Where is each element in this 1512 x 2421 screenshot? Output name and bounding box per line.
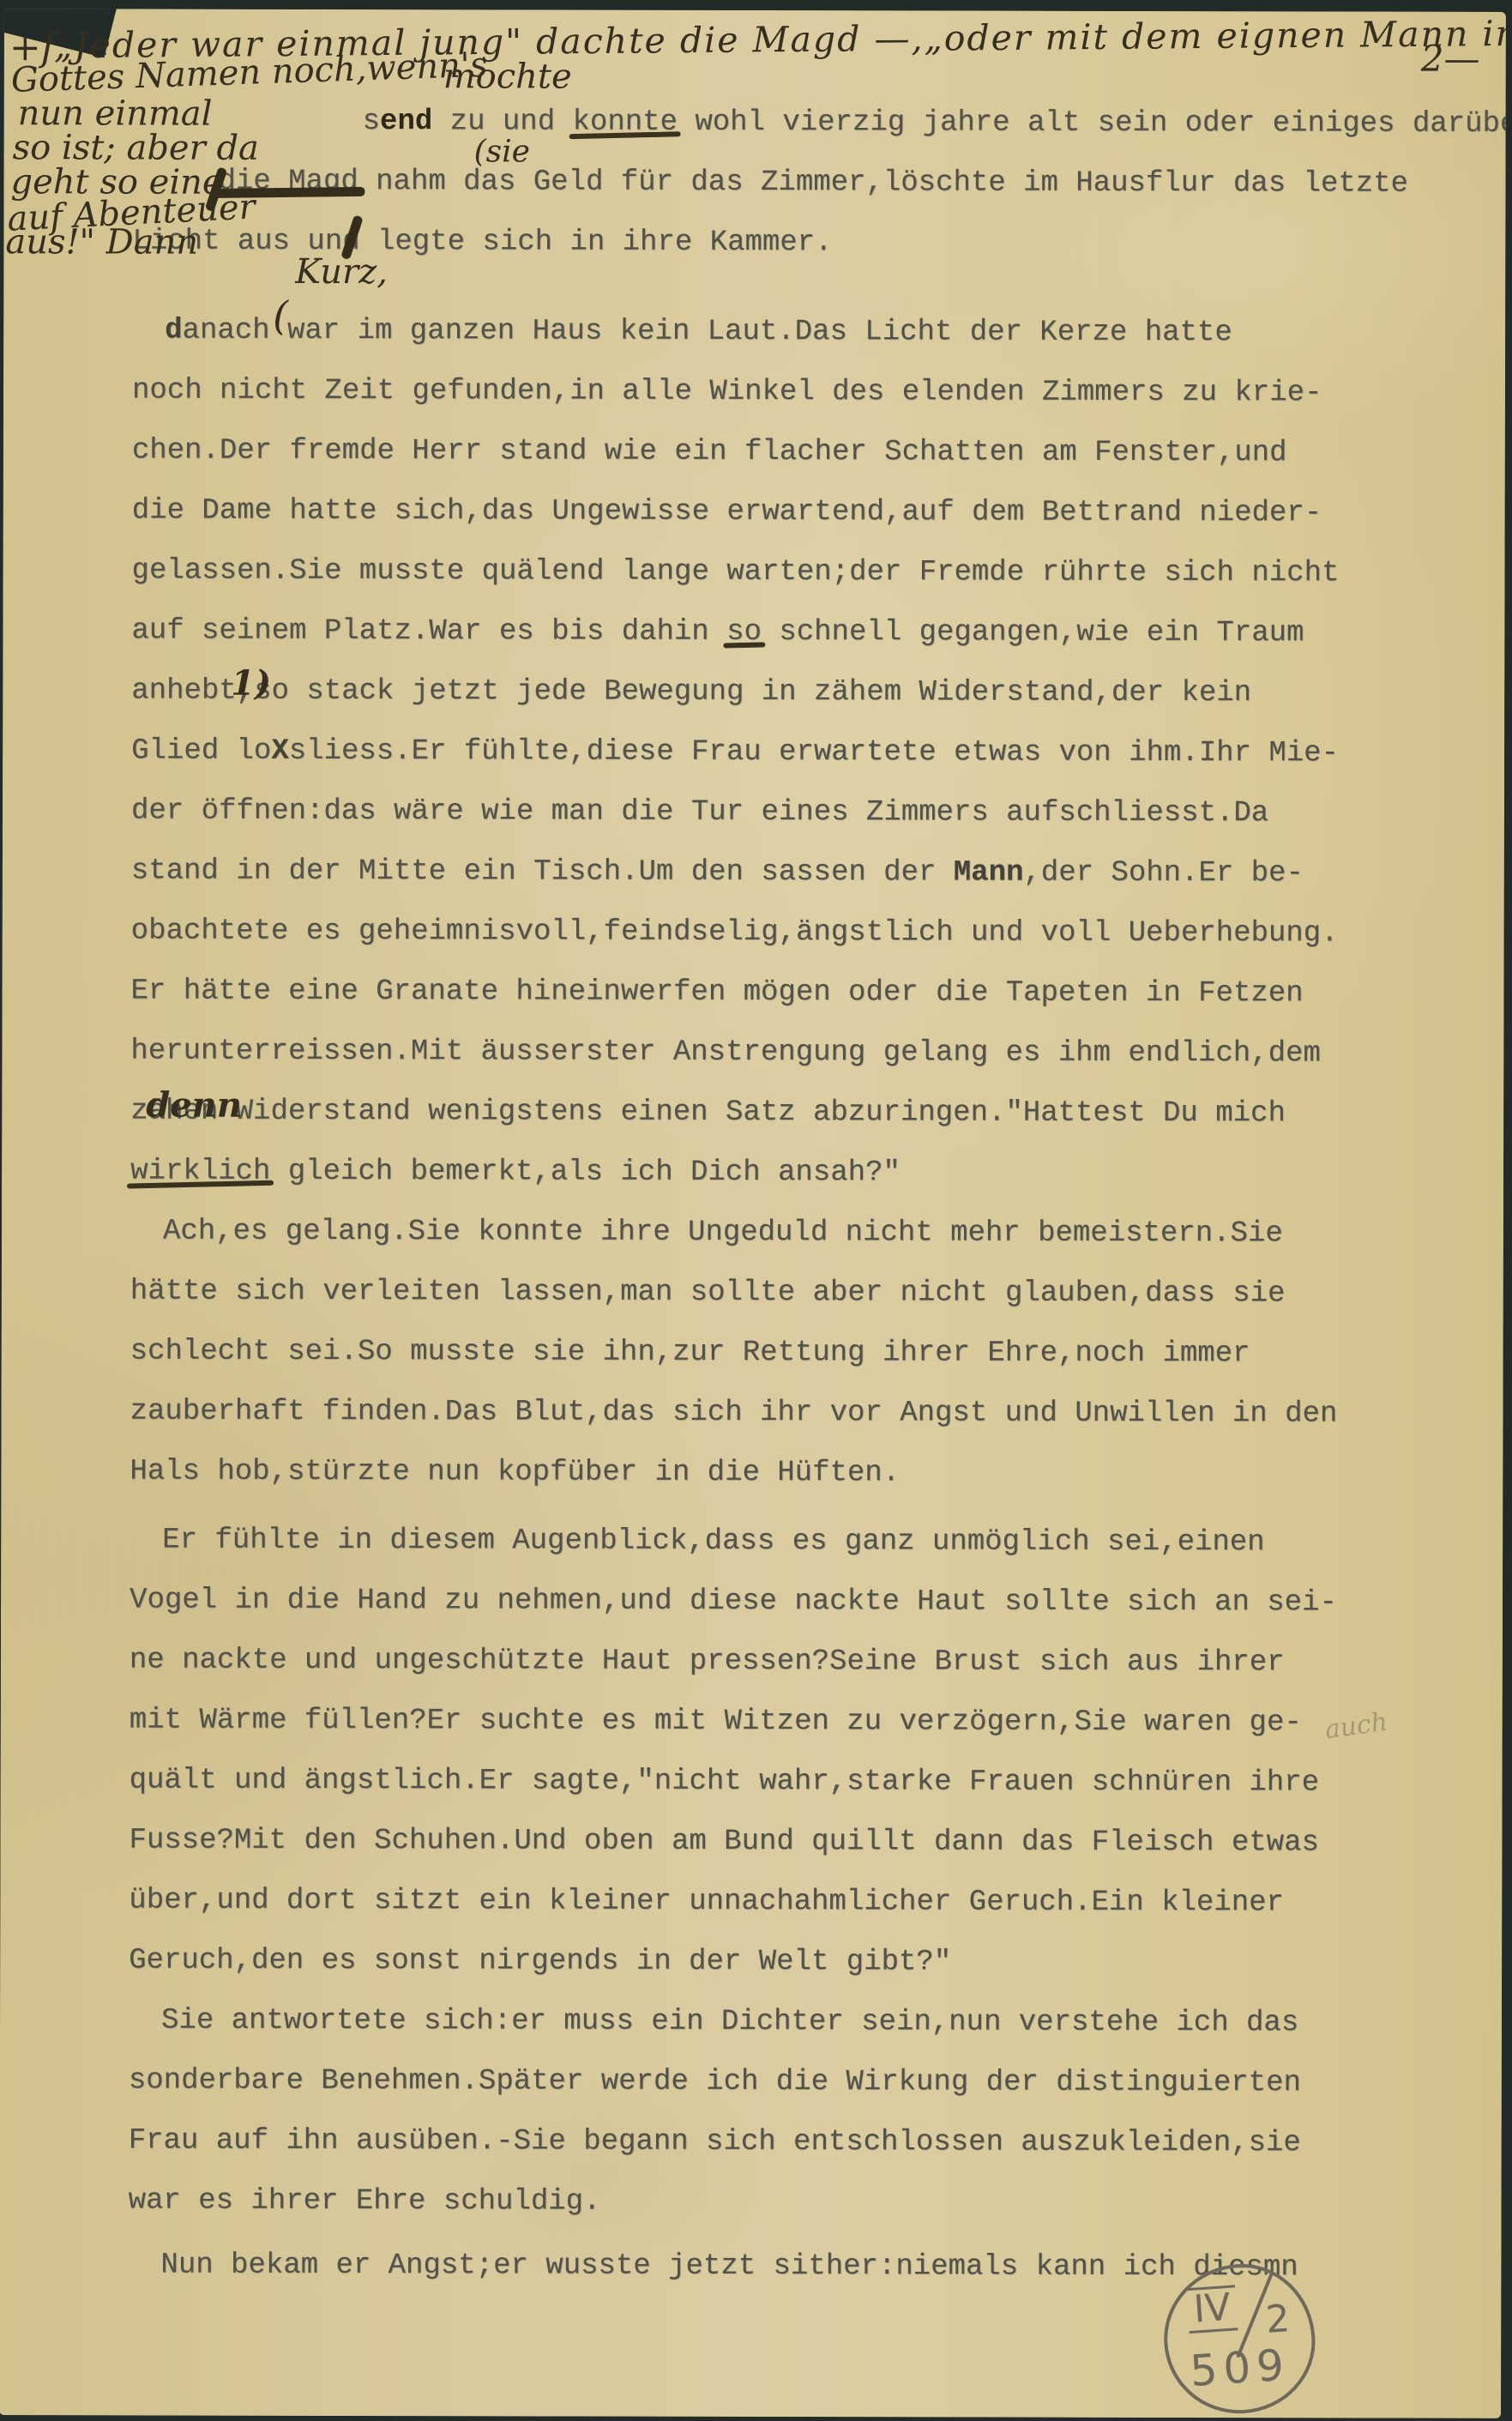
typed-text-segment: chen.Der fremde Herr stand wie ein flach… (132, 434, 1287, 469)
typed-line: war es ihrer Ehre schuldig. (129, 2170, 1467, 2233)
typed-line: anhebt,so stack jetzt jede Bewegung in z… (131, 661, 1469, 723)
typed-line: herunterreissen.Mit äusserster Anstrengu… (130, 1021, 1468, 1084)
typed-text-segment: Sie antwortete sich:er muss ein Dichter … (161, 2005, 1298, 2040)
overtyped-text: Mann (954, 856, 1024, 889)
typed-text-segment: Nun bekam er Angst;er wusste jetzt sithe… (160, 2249, 1298, 2285)
typed-text-segment: nahm das Geld für das Zimmer,löschte im … (358, 166, 1408, 201)
annotation-margin-line-6: aus!" Dann (5, 225, 198, 259)
typed-line: schlecht sei.So musste sie ihn,zur Rettu… (130, 1321, 1468, 1384)
typed-text-segment: Vogel in die Hand zu nehmen,und diese na… (130, 1584, 1337, 1619)
typed-text-segment: schnell gegangen,wie ein Traum (762, 616, 1304, 649)
typed-line: zähen Widerstand wenigstens einen Satz a… (130, 1081, 1468, 1144)
typed-line: Vogel in die Hand zu nehmen,und diese na… (130, 1570, 1467, 1633)
typed-line: auf seinem Platz.War es bis dahin so sch… (131, 601, 1469, 663)
annotation-margin-line-2: nun einmal (18, 96, 213, 130)
typed-line: Hals hob,stürzte nun kopfüber in die Hüf… (130, 1441, 1467, 1504)
typed-line: mit Wärme füllen?Er suchte es mit Witzen… (130, 1690, 1467, 1753)
typed-text-block: send zu und konnte wohl vierzig jahre al… (128, 91, 1470, 2297)
struck-text: wirklich (130, 1155, 270, 1187)
typed-text-segment: Glied lo (131, 734, 271, 767)
stamp-number: 509 (1189, 2343, 1292, 2393)
typed-text-segment: zähen Widerstand wenigstens einen Satz a… (130, 1095, 1286, 1130)
typed-text-segment: der öffnen:das wäre wie man die Tur eine… (131, 794, 1268, 830)
typed-text-segment: Licht aus und legte sich in ihre Kammer. (132, 225, 832, 259)
typed-line: der öffnen:das wäre wie man die Tur eine… (131, 781, 1469, 843)
typed-line: quält und ängstlich.Er sagte,"nicht wahr… (130, 1750, 1467, 1813)
typed-text-segment: sliess.Er fühlte,diese Frau erwartete et… (289, 735, 1339, 770)
stamp-denominator: 2 (1264, 2300, 1291, 2339)
typed-line: noch nicht Zeit gefunden,in alle Winkel … (132, 360, 1470, 423)
struck-text: so (726, 616, 762, 649)
typed-line: wirklich gleich bemerkt,als ich Dich ans… (130, 1141, 1468, 1204)
typed-text-segment: Fusse?Mit den Schuhen.Und oben am Bund q… (129, 1824, 1319, 1859)
paragraph-3: Ach,es gelang.Sie konnte ihre Ungeduld n… (130, 1201, 1468, 1504)
typed-line: danach war im ganzen Haus kein Laut.Das … (132, 300, 1470, 363)
paragraph-2: danach war im ganzen Haus kein Laut.Das … (130, 300, 1470, 1204)
typed-line: gelassen.Sie musste quälend lange warten… (131, 540, 1469, 603)
typed-text-segment: ne nackte und ungeschützte Haut pressen?… (130, 1644, 1285, 1679)
stamp-roman-numeral: IV (1186, 2285, 1238, 2333)
typed-text-segment: Geruch,den es sonst nirgends in der Welt… (129, 1944, 951, 1978)
typed-text-segment: herunterreissen.Mit äusserster Anstrengu… (130, 1035, 1321, 1070)
typed-text-segment: Er hätte eine Granate hineinwerfen mögen… (131, 975, 1304, 1010)
typed-text-segment: ,der Sohn.Er be- (1023, 857, 1304, 891)
manuscript-page: send zu und konnte wohl vierzig jahre al… (0, 9, 1506, 2418)
typed-text-segment: Ach,es gelang.Sie konnte ihre Ungeduld n… (163, 1216, 1283, 1251)
typed-text-segment: hätte sich verleiten lassen,man sollte a… (130, 1275, 1286, 1310)
typed-text-segment: gelassen.Sie musste quälend lange warten… (132, 554, 1340, 589)
typed-text-segment: wohl vierzig jahre alt sein oder einiges… (678, 106, 1506, 141)
typed-line: die Dame hatte sich,das Ungewisse erwart… (132, 480, 1470, 543)
typed-line: stand in der Mitte ein Tisch.Um den sass… (131, 841, 1469, 903)
paragraph-1: send zu und konnte wohl vierzig jahre al… (132, 91, 1470, 274)
typed-text-segment: obachtete es geheimnisvoll,feindselig,än… (131, 915, 1339, 950)
annotation-word-kurz: Kurz, (295, 255, 388, 289)
paragraph-5: Sie antwortete sich:er muss ein Dichter … (129, 1990, 1467, 2233)
typed-line: hätte sich verleiten lassen,man sollte a… (130, 1261, 1468, 1324)
typed-text-segment: die Dame hatte sich,das Ungewisse erwart… (132, 494, 1322, 529)
annotation-word-mochte: mochte (443, 59, 572, 94)
typed-line: über,und dort sitzt ein kleiner unnachah… (129, 1870, 1467, 1933)
typed-text-segment: mit Wärme füllen?Er suchte es mit Witzen… (130, 1704, 1302, 1739)
typed-text-segment: anach war im ganzen Haus kein Laut.Das L… (183, 315, 1232, 350)
typed-line: Sie antwortete sich:er muss ein Dichter … (129, 1990, 1467, 2053)
typed-text-segment: auf seinem Platz.War es bis dahin (131, 614, 726, 648)
typed-line: Fusse?Mit den Schuhen.Und oben am Bund q… (129, 1810, 1467, 1873)
typed-line: sonderbare Benehmen.Später werde ich die… (129, 2050, 1467, 2113)
typed-text-segment: gleich bemerkt,als ich Dich ansah?" (270, 1156, 901, 1190)
typed-line: Frau auf ihn ausüben.-Sie begann sich en… (129, 2110, 1467, 2173)
page-number: 2— (1421, 41, 1480, 77)
annotation-margin-line-3: so ist; aber da (13, 130, 259, 166)
typed-line: chen.Der fremde Herr stand wie ein flach… (132, 420, 1470, 483)
paragraph-4: Er fühlte in diesem Augenblick,dass es g… (129, 1510, 1467, 1993)
typed-text-segment: Frau auf ihn ausüben.-Sie begann sich en… (129, 2124, 1301, 2159)
typed-text-segment: über,und dort sitzt ein kleiner unnachah… (129, 1884, 1284, 1919)
typed-text-segment: s (363, 106, 380, 138)
annotation-word-sie: (sie (474, 136, 530, 167)
typed-text-segment: sonderbare Benehmen.Später werde ich die… (129, 2064, 1301, 2099)
typed-text-segment: quält und ängstlich.Er sagte,"nicht wahr… (130, 1764, 1320, 1799)
typed-line: send zu und konnte wohl vierzig jahre al… (133, 91, 1471, 154)
annotation-footnote-marker: 1) (231, 667, 271, 701)
typed-text-segment: Hals hob,stürzte nun kopfüber in die Hüf… (130, 1455, 900, 1489)
typed-line: Er fühlte in diesem Augenblick,dass es g… (130, 1510, 1467, 1573)
ink-corrected-text: end (380, 106, 432, 138)
typed-line: Er hätte eine Granate hineinwerfen mögen… (130, 961, 1468, 1023)
typed-text-segment: schlecht sei.So musste sie ihn,zur Rettu… (130, 1335, 1250, 1370)
overtyped-text: X (271, 735, 288, 768)
annotation-word-denn: denn (146, 1089, 242, 1123)
annotation-paren-mark: ( (273, 296, 288, 335)
typed-line: obachtete es geheimnisvoll,feindselig,än… (131, 901, 1469, 963)
typed-line: ne nackte und ungeschützte Haut pressen?… (130, 1630, 1467, 1693)
struck-text: konnte (572, 106, 678, 139)
scanned-typescript-photo: { "annotations": { "header_prefix": "+f"… (0, 0, 1512, 2421)
overtyped-text: d (165, 315, 182, 347)
typed-text-segment: zauberhaft finden.Das Blut,das sich ihr … (130, 1395, 1337, 1430)
typed-text-segment: noch nicht Zeit gefunden,in alle Winkel … (132, 374, 1322, 409)
typed-text-segment: anhebt,so stack jetzt jede Bewegung in z… (131, 674, 1251, 709)
typed-line: Glied loXsliess.Er fühlte,diese Frau erw… (131, 721, 1469, 783)
typed-line: zauberhaft finden.Das Blut,das sich ihr … (130, 1381, 1467, 1444)
typed-text-segment: stand in der Mitte ein Tisch.Um den sass… (131, 854, 954, 889)
typed-line: die Magd nahm das Geld für das Zimmer,lö… (132, 151, 1470, 214)
typed-line: Geruch,den es sonst nirgends in der Welt… (129, 1930, 1467, 1993)
typed-text-segment: Er fühlte in diesem Augenblick,dass es g… (162, 1524, 1264, 1560)
typed-text-segment: war es ihrer Ehre schuldig. (129, 2184, 601, 2218)
typed-line: Ach,es gelang.Sie konnte ihre Ungeduld n… (130, 1201, 1468, 1264)
